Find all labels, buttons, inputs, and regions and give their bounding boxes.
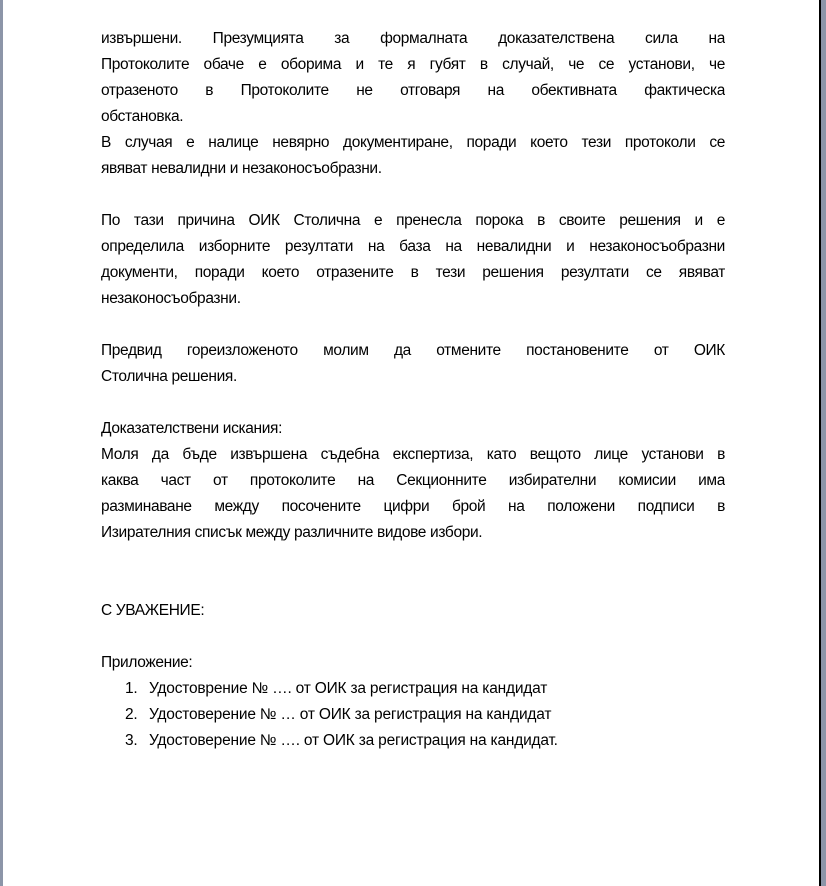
blank-line: [101, 624, 725, 650]
text-line: явяват невалидни и незаконосъобразни.: [101, 156, 725, 182]
text-line: Изирателния списък между различните видо…: [101, 520, 725, 546]
blank-line: [101, 182, 725, 208]
attachment-text: Удостоврение № …. от ОИК за регистрация …: [149, 680, 547, 697]
attachments-list: 1.Удостоврение № …. от ОИК за регистраци…: [101, 676, 725, 754]
text-line: Столична решения.: [101, 364, 725, 390]
text-line: По тази причина ОИК Столична е пренесла …: [101, 208, 725, 234]
document-body: извършени. Презумцията за формалната док…: [101, 26, 725, 754]
text-line: Доказателствени искания:: [101, 416, 725, 442]
document-viewport: извършени. Презумцията за формалната док…: [0, 0, 826, 886]
attachment-text: Удостоверение № … от ОИК за регистрация …: [149, 706, 551, 723]
closing-salutation: С УВАЖЕНИЕ:: [101, 598, 725, 624]
paragraph-presumption: извършени. Презумцията за формалната док…: [101, 26, 725, 130]
text-line: каква част от протоколите на Секционните…: [101, 468, 725, 494]
attachment-item: 2.Удостоверение № … от ОИК за регистраци…: [101, 702, 725, 728]
text-line: В случая е налице невярно документиране,…: [101, 130, 725, 156]
list-number: 1.: [125, 676, 149, 702]
text-line: Моля да бъде извършена съдебна експертиз…: [101, 442, 725, 468]
blank-line: [101, 390, 725, 416]
attachments-label: Приложение:: [101, 650, 725, 676]
text-line: отразеното в Протоколите не отговаря на …: [101, 78, 725, 104]
text-line: Предвид гореизложеното молим да отмените…: [101, 338, 725, 364]
paragraph-request: Предвид гореизложеното молим да отмените…: [101, 338, 725, 390]
document-page[interactable]: извършени. Презумцията за формалната док…: [3, 0, 821, 886]
attachment-item: 1.Удостоврение № …. от ОИК за регистраци…: [101, 676, 725, 702]
blank-line: [101, 546, 725, 572]
attachment-text: Удостоверение № …. от ОИК за регистрация…: [149, 732, 558, 749]
text-line: обстановка.: [101, 104, 725, 130]
text-line: незаконосъобразни.: [101, 286, 725, 312]
paragraph-oik-decisions: По тази причина ОИК Столична е пренесла …: [101, 208, 725, 312]
list-number: 2.: [125, 702, 149, 728]
text-line: извършени. Презумцията за формалната док…: [101, 26, 725, 52]
text-line: определила изборните резултати на база н…: [101, 234, 725, 260]
list-number: 3.: [125, 728, 149, 754]
paragraph-evidence: Моля да бъде извършена съдебна експертиз…: [101, 442, 725, 546]
evidence-heading: Доказателствени искания:: [101, 416, 725, 442]
text-line: разминаване между посочените цифри брой …: [101, 494, 725, 520]
attachment-item: 3.Удостоверение № …. от ОИК за регистрац…: [101, 728, 725, 754]
blank-line: [101, 572, 725, 598]
text-line: Протоколите обаче е оборима и те я губят…: [101, 52, 725, 78]
paragraph-false-documentation: В случая е налице невярно документиране,…: [101, 130, 725, 182]
blank-line: [101, 312, 725, 338]
text-line: документи, поради което отразените в тез…: [101, 260, 725, 286]
